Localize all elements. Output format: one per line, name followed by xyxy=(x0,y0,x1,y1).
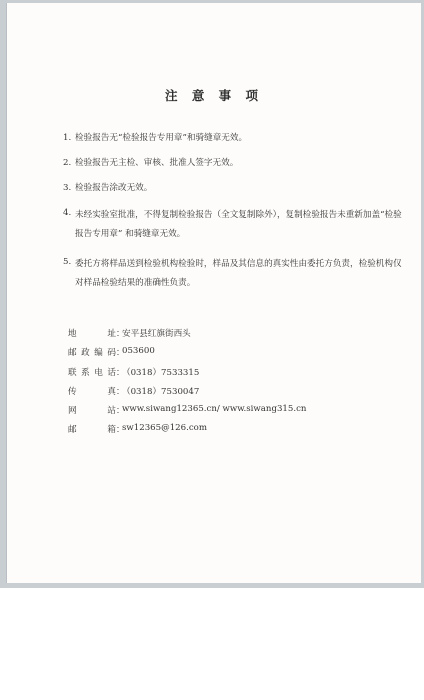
page-title: 注 意 事 项 xyxy=(7,86,421,104)
contact-website: 网站： www.siwang12365.cn/ www.siwang315.cn xyxy=(68,404,306,423)
note-number: 5. xyxy=(63,255,75,293)
scan-background: 注 意 事 项 1. 检验报告无“检验报告专用章”和骑缝章无效。 2. 检验报告… xyxy=(0,0,424,588)
note-text: 未经实验室批准，不得复制检验报告（全文复制除外），复制检验报告未重新加盖“检验报… xyxy=(75,206,403,244)
note-text: 检验报告涂改无效。 xyxy=(75,181,403,195)
contact-value: 053600 xyxy=(122,346,155,365)
note-number: 1. xyxy=(63,131,75,145)
contact-postcode: 邮政编码： 053600 xyxy=(68,346,306,365)
note-number: 4. xyxy=(63,206,75,244)
contact-address: 地址： 安平县红旗街西头 xyxy=(68,327,306,346)
contact-label: 邮箱 xyxy=(68,423,116,442)
contact-value: www.siwang12365.cn/ www.siwang315.cn xyxy=(122,404,306,423)
document-page: 注 意 事 项 1. 检验报告无“检验报告专用章”和骑缝章无效。 2. 检验报告… xyxy=(6,3,421,583)
note-text: 委托方将样品送到检验机构检验时，样品及其信息的真实性由委托方负责，检验机构仅对样… xyxy=(75,255,403,293)
contact-email: 邮箱： sw12365@126.com xyxy=(68,423,306,442)
contact-value: （0318）7530047 xyxy=(122,385,199,404)
contact-label: 地址 xyxy=(68,327,116,346)
note-item: 1. 检验报告无“检验报告专用章”和骑缝章无效。 xyxy=(63,131,403,145)
note-text: 检验报告无“检验报告专用章”和骑缝章无效。 xyxy=(75,131,403,145)
note-item: 3. 检验报告涂改无效。 xyxy=(63,181,403,195)
contact-info: 地址： 安平县红旗街西头 邮政编码： 053600 联系电话： （0318）75… xyxy=(68,327,306,443)
contact-label: 传真 xyxy=(68,385,116,404)
note-text: 检验报告无主检、审核、批准人签字无效。 xyxy=(75,156,403,170)
contact-label: 联系电话 xyxy=(68,366,116,385)
note-item: 2. 检验报告无主检、审核、批准人签字无效。 xyxy=(63,156,403,170)
note-number: 2. xyxy=(63,156,75,170)
note-item: 4. 未经实验室批准，不得复制检验报告（全文复制除外），复制检验报告未重新加盖“… xyxy=(63,206,403,244)
contact-fax: 传真： （0318）7530047 xyxy=(68,385,306,404)
contact-label: 网站 xyxy=(68,404,116,423)
contact-value: （0318）7533315 xyxy=(122,366,199,385)
note-number: 3. xyxy=(63,181,75,195)
notes-list: 1. 检验报告无“检验报告专用章”和骑缝章无效。 2. 检验报告无主检、审核、批… xyxy=(63,131,403,304)
note-item: 5. 委托方将样品送到检验机构检验时，样品及其信息的真实性由委托方负责，检验机构… xyxy=(63,255,403,293)
contact-label: 邮政编码 xyxy=(68,346,116,365)
contact-phone: 联系电话： （0318）7533315 xyxy=(68,366,306,385)
contact-value: 安平县红旗街西头 xyxy=(122,327,191,346)
contact-value: sw12365@126.com xyxy=(122,423,207,442)
